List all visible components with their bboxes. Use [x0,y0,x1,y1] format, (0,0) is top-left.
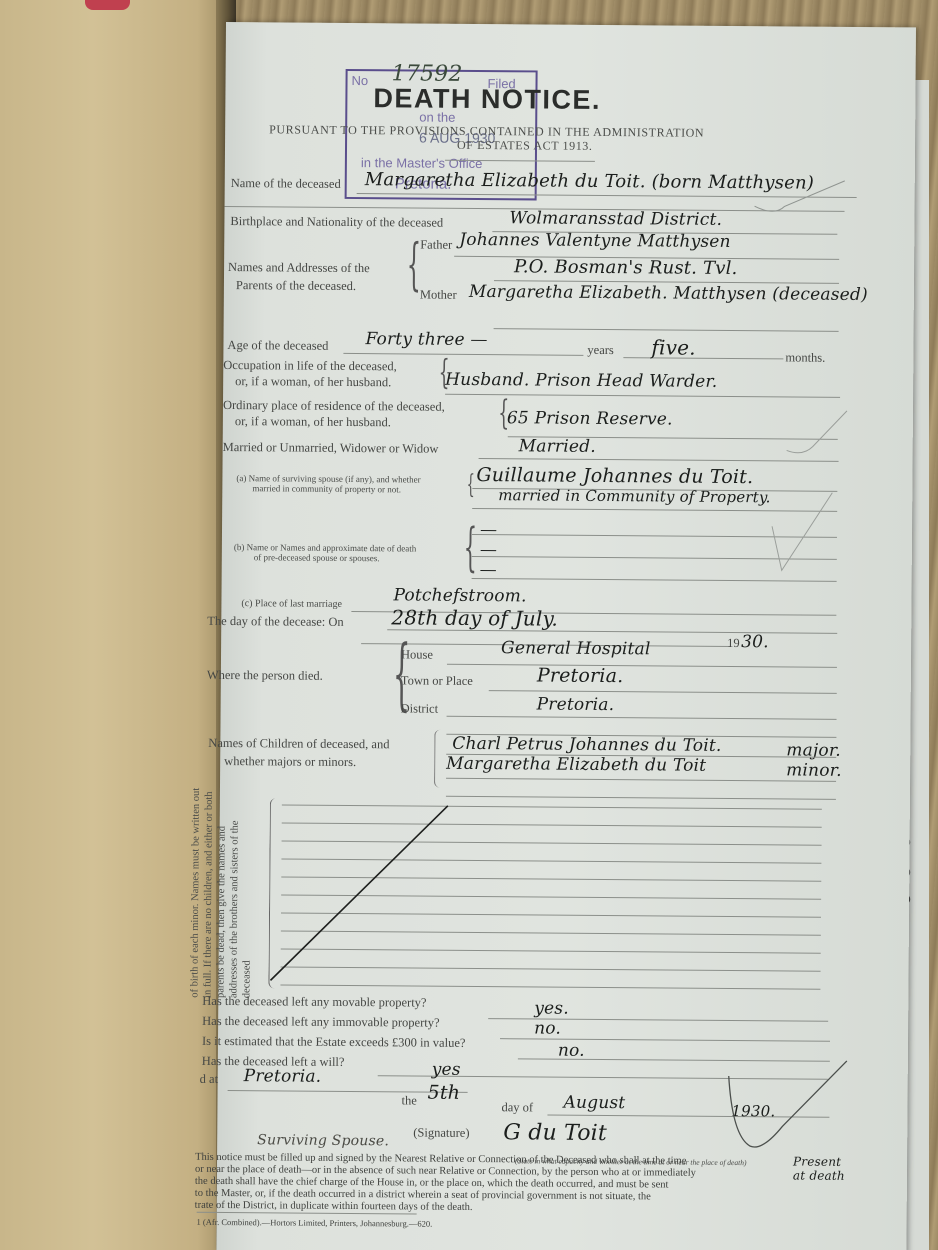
decease-day-value: 28th day of July. [391,605,558,630]
movable-label: Has the deceased left any movable proper… [202,994,426,1011]
strike-through-line [268,802,460,1003]
footer-notice: This notice must be filled up and signed… [195,1152,696,1216]
occupation-label-2: or, if a woman, of her husband. [235,374,391,390]
predeceased-label-2: of pre-deceased spouse or spouses. [254,552,380,563]
margin-note: Present at death [793,1154,853,1182]
district-label: District [401,701,439,716]
spouse-value-2: married in Community of Property. [498,486,770,506]
signature-capacity: Surviving Spouse. [257,1132,389,1149]
stamp-no-label: No [351,73,368,88]
mother-value: Margaretha Elizabeth. Matthysen (decease… [469,282,868,305]
decease-day-label: The day of the decease: On [207,614,344,630]
check-mark-icon [744,176,854,237]
subtitle-line-2: OF ESTATES ACT 1913. [457,138,593,154]
brace [434,730,441,788]
signed-day-of-label: day of [501,1100,533,1115]
check-mark-icon [722,1056,853,1157]
district-value: Pretoria. [537,694,615,715]
immovable-value: no. [534,1018,561,1038]
folder-tab [85,0,130,10]
residence-label-1: Ordinary place of residence of the decea… [223,398,445,415]
residence-label-2: or, if a woman, of her husband. [235,414,391,430]
parents-label-2: Parents of the deceased. [236,278,356,294]
folder-cover [0,0,232,1250]
house-label: House [401,647,433,662]
town-label: Town or Place [401,673,473,689]
birthplace-value: Wolmaransstad District. [509,208,722,230]
age-label: Age of the deceased [227,338,328,354]
child-status: minor. [786,760,842,780]
children-label-2: whether majors or minors. [224,754,356,770]
dated-at-value: Pretoria. [244,1066,322,1087]
check-mark-icon [762,486,843,577]
residence-value: 65 Prison Reserve. [507,408,673,429]
child-name: Charl Petrus Johannes du Toit. [452,734,721,756]
decease-year-prefix: 19 [727,636,740,651]
brace: { [464,522,478,574]
will-value: yes [432,1060,461,1080]
signature-label: (Signature) [413,1126,469,1141]
spouse-value-1: Guillaume Johannes du Toit. [476,464,753,488]
check-mark-icon [783,406,853,467]
marital-value: Married. [519,436,596,457]
signature-value: G du Toit [503,1120,607,1146]
signed-the-label: the [401,1093,416,1108]
child-name: Margaretha Elizabeth du Toit [446,754,706,776]
occupation-label-1: Occupation in life of the deceased, [223,358,397,374]
last-marriage-value: Potchefstroom. [393,585,526,606]
brace: { [407,237,422,293]
marital-label: Married or Unmarried, Widower or Widow [223,440,439,457]
age-years-value: Forty three — [365,329,487,350]
occupation-value: Husband. Prison Head Warder. [445,370,717,392]
father-label: Father [420,238,452,253]
birthplace-label: Birthplace and Nationality of the deceas… [230,214,443,231]
age-months-label: months. [785,350,825,365]
estate-value-label: Is it estimated that the Estate exceeds … [202,1034,466,1051]
dated-at-label: d at [200,1072,219,1087]
brace: { [466,472,474,498]
movable-value: yes. [534,998,569,1018]
estate-value-value: no. [558,1041,585,1061]
printer-imprint: 1 (Afr. Combined).—Hortors Limited, Prin… [197,1216,433,1230]
age-months-value: five. [651,335,695,359]
predeceased-value: — [480,520,497,540]
age-years-label: years [587,343,613,358]
father-address: P.O. Bosman's Rust. Tvl. [514,256,738,279]
town-value: Pretoria. [537,664,624,687]
spouse-label-2: married in community of property or not. [252,483,401,494]
death-notice-page: No Filed on the 6 AUG 1930 in the Master… [216,22,916,1250]
signed-day-value: 5th [428,1082,461,1104]
signed-month-value: August [563,1093,625,1113]
house-value: General Hospital [501,638,651,659]
decease-year-value: 30. [741,632,769,652]
children-instructions: of birth of each minor. Names must be wr… [188,788,270,999]
mother-label: Mother [420,288,457,303]
name-label: Name of the deceased [231,176,341,192]
last-marriage-label: (c) Place of last marriage [241,598,342,610]
place-of-death-label: Where the person died. [207,668,323,684]
children-label-1: Names of Children of deceased, and [208,736,389,752]
page-title: DEATH NOTICE. [373,83,601,116]
immovable-label: Has the deceased left any immovable prop… [202,1014,440,1031]
father-value: Johannes Valentyne Matthysen [459,230,731,252]
parents-label-1: Names and Addresses of the [228,260,370,276]
